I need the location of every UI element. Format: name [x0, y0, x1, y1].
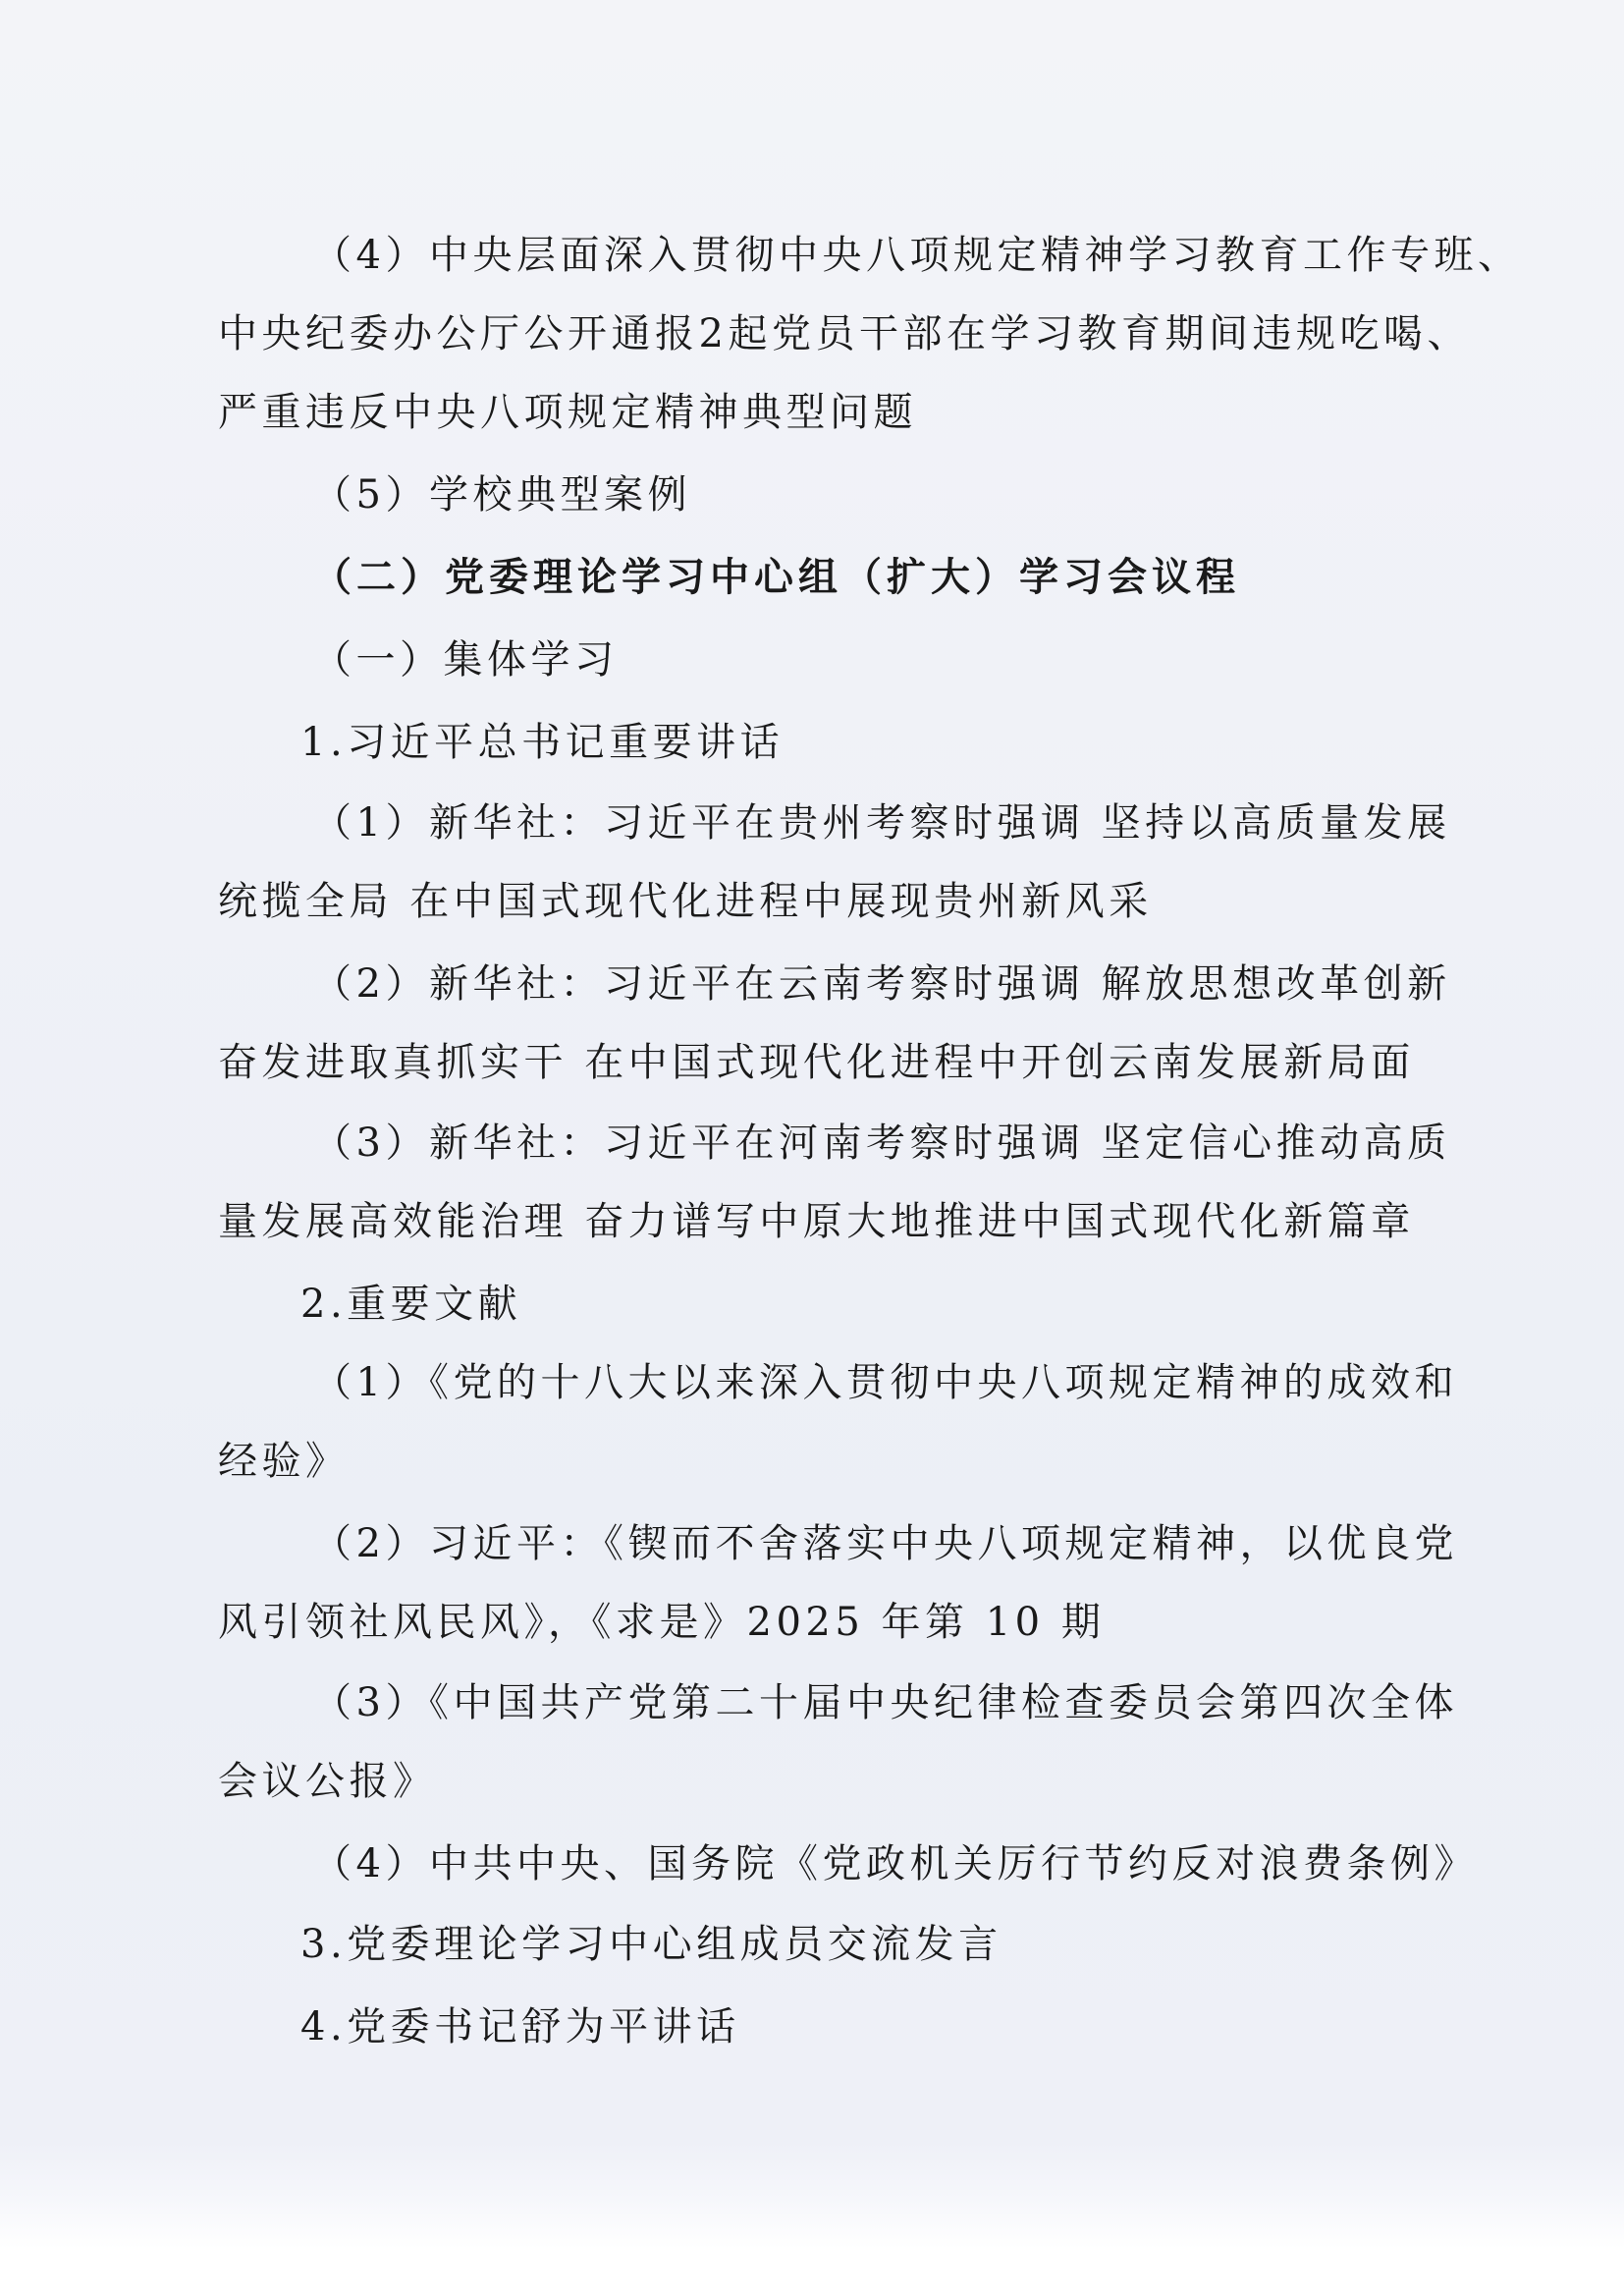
- item-1-speeches: 1.习近平总书记重要讲话: [300, 715, 784, 770]
- speech-2-line-1: （2）新华社：习近平在云南考察时强调 解放思想改革创新: [312, 957, 1451, 1011]
- paragraph-4-line-2: 中央纪委办公厅公开通报2起党员干部在学习教育期间违规吃喝、: [218, 306, 1471, 361]
- item-4-secretary-speech: 4.党委书记舒为平讲话: [300, 1999, 740, 2054]
- scanned-page: （4）中央层面深入贯彻中央八项规定精神学习教育工作专班、 中央纪委办公厅公开通报…: [0, 0, 1624, 2296]
- speech-3-line-1: （3）新华社：习近平在河南考察时强调 坚定信心推动高质: [312, 1116, 1451, 1171]
- doc-2-line-2: 风引领社风民风》，《求是》2025 年第 10 期: [218, 1595, 1105, 1650]
- doc-1-line-2: 经验》: [218, 1434, 350, 1489]
- paragraph-4-line-1: （4）中央层面深入贯彻中央八项规定精神学习教育工作专班、: [312, 228, 1521, 283]
- speech-1-line-1: （1）新华社：习近平在贵州考察时强调 坚持以高质量发展: [312, 795, 1451, 850]
- speech-2-line-2: 奋发进取真抓实干 在中国式现代化进程中开创云南发展新局面: [218, 1035, 1415, 1090]
- doc-3-line-2: 会议公报》: [218, 1754, 437, 1809]
- speech-1-line-2: 统揽全局 在中国式现代化进程中展现贵州新风采: [218, 874, 1153, 929]
- doc-3-line-1: （3）《中国共产党第二十届中央纪律检查委员会第四次全体: [312, 1675, 1458, 1730]
- doc-2-line-1: （2）习近平：《锲而不舍落实中央八项规定精神，以优良党: [312, 1516, 1458, 1571]
- paragraph-4-line-3: 严重违反中央八项规定精神典型问题: [218, 385, 917, 440]
- doc-1-line-1: （1）《党的十八大以来深入贯彻中央八项规定精神的成效和: [312, 1355, 1458, 1410]
- speech-3-line-2: 量发展高效能治理 奋力谱写中原大地推进中国式现代化新篇章: [218, 1194, 1415, 1249]
- paragraph-5: （5）学校典型案例: [312, 467, 691, 522]
- item-3-exchange: 3.党委理论学习中心组成员交流发言: [300, 1917, 1002, 1972]
- doc-4-line-1: （4）中共中央、国务院《党政机关厉行节约反对浪费条例》: [312, 1836, 1478, 1891]
- subsection-collective-study: （一）集体学习: [312, 632, 619, 687]
- item-2-documents: 2.重要文献: [300, 1277, 521, 1332]
- section-heading-agenda: （二）党委理论学习中心组（扩大）学习会议程: [312, 550, 1240, 605]
